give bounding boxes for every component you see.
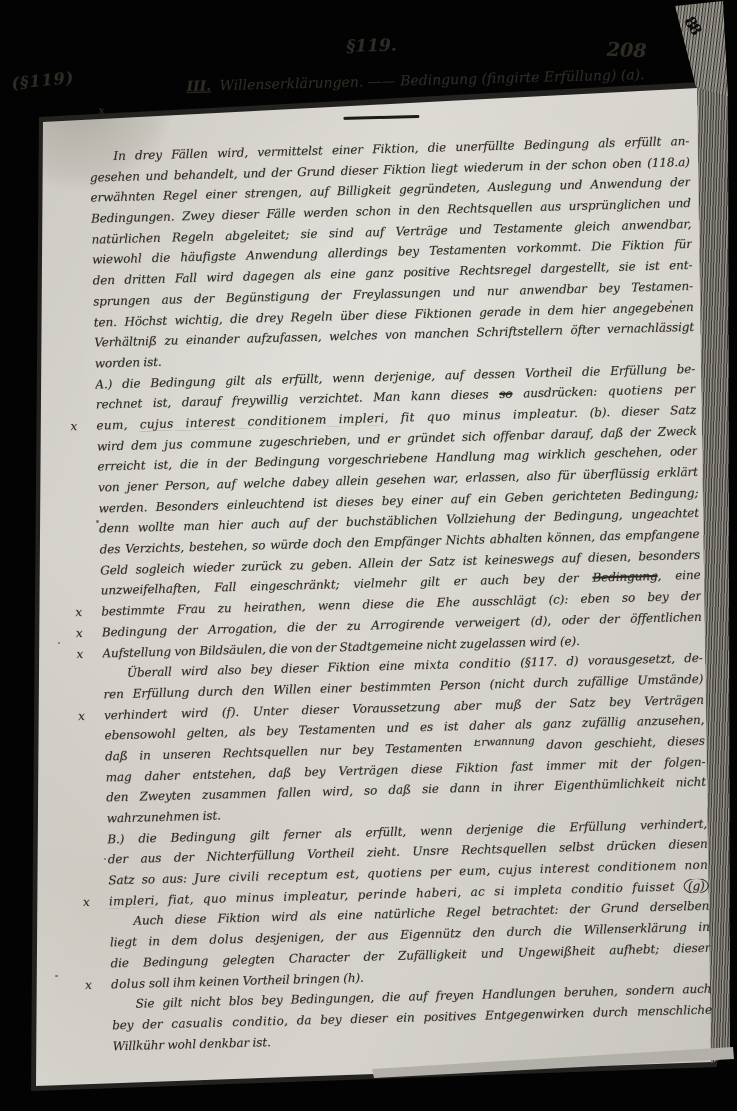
heading-underline-rule <box>343 115 419 120</box>
margin-gutter <box>74 554 100 555</box>
margin-gutter <box>79 740 105 741</box>
heading-numeral: III. <box>186 78 211 95</box>
text-segment: quotiens per <box>608 382 696 398</box>
ink-fleck <box>55 975 58 977</box>
margin-gutter <box>82 864 108 865</box>
margin-gutter <box>86 1008 112 1009</box>
text-segment: mixta conditio <box>413 656 511 673</box>
page-content: §119. (§119) 208 III. Willenserklärungen… <box>46 22 724 1099</box>
margin-gutter <box>72 471 98 472</box>
ink-fleck <box>58 642 60 644</box>
margin-gutter <box>66 264 92 265</box>
margin-gutter <box>68 347 94 348</box>
margin-x-mark: x <box>75 605 101 620</box>
margin-gutter <box>64 181 90 182</box>
margin-gutter <box>85 967 111 968</box>
margin-gutter <box>77 678 103 679</box>
margin-gutter <box>65 202 91 203</box>
text-segment: Satz so aus: <box>108 871 194 887</box>
text-segment: (118.a) <box>647 155 690 170</box>
margin-gutter <box>80 802 106 803</box>
margin-gutter <box>82 884 108 885</box>
margin-gutter <box>65 223 91 224</box>
margin-gutter <box>67 305 93 306</box>
margin-section-label: (§119) <box>11 68 75 93</box>
text-segment: (b). dieser Satz <box>578 403 696 420</box>
margin-x-mark: x <box>70 418 96 433</box>
underlined-phrase: impleri <box>109 893 155 908</box>
section-label: §119. <box>46 28 696 65</box>
text-segment: casualis conditio <box>171 1014 284 1031</box>
margin-gutter <box>87 1050 113 1051</box>
struck-word: so <box>499 387 513 401</box>
margin-gutter <box>70 409 96 410</box>
page-number: 208 <box>606 39 647 63</box>
margin-gutter <box>73 512 99 513</box>
margin-gutter <box>75 595 101 596</box>
margin-x-mark: x <box>78 708 104 723</box>
margin-gutter <box>73 533 99 534</box>
text-segment: worden ist. <box>95 355 162 371</box>
margin-x-mark: x <box>76 646 102 661</box>
page-heading: III. Willenserklärungen. —— Bedingung (f… <box>157 66 673 96</box>
margin-gutter <box>84 946 110 947</box>
heading-text: Willenserklärungen. —— Bedingung (fingir… <box>219 67 644 94</box>
margin-gutter <box>74 574 100 575</box>
text-segment: dolus <box>111 976 146 991</box>
margin-x-mark: x <box>83 894 109 909</box>
circled-footnote-mark: (g) <box>684 878 709 894</box>
margin-gutter <box>80 781 106 782</box>
margin-gutter <box>66 243 92 244</box>
text-segment: bey der <box>112 1017 172 1033</box>
margin-gutter <box>78 698 104 699</box>
margin-gutter <box>86 1029 112 1030</box>
margin-gutter <box>63 161 89 162</box>
margin-gutter <box>81 843 107 844</box>
text-segment: wird dem <box>97 437 165 453</box>
margin-gutter <box>81 822 107 823</box>
struck-word: Bedingung <box>592 569 657 585</box>
margin-gutter <box>72 491 98 492</box>
margin-gutter <box>69 367 95 368</box>
margin-gutter <box>71 450 97 451</box>
heading-margin-x-mark: x <box>98 103 105 117</box>
text-segment: liegt in dem <box>110 933 210 950</box>
scanned-manuscript-page: 88 §119. (§119) 208 III. Willenserklärun… <box>0 0 737 1111</box>
text-segment: , eine <box>657 568 700 583</box>
margin-gutter <box>69 388 95 389</box>
text-segment: dolus <box>209 932 244 947</box>
text-segment: ausdrücken: <box>512 384 608 400</box>
margin-gutter <box>67 285 93 286</box>
text-segment: Willkühr wohl denkbar ist. <box>112 1035 270 1053</box>
margin-gutter <box>79 760 105 761</box>
margin-gutter <box>83 926 109 927</box>
text-segment: jus commune <box>164 435 252 451</box>
text-segment: eum, <box>96 417 140 432</box>
text-segment: wahrzunehmen ist. <box>106 808 220 825</box>
margin-x-mark: x <box>76 625 102 640</box>
margin-x-mark: x <box>85 977 111 992</box>
manuscript-body: In drey Fällen wird, vermittelst einer F… <box>49 134 723 1061</box>
margin-gutter <box>68 326 94 327</box>
